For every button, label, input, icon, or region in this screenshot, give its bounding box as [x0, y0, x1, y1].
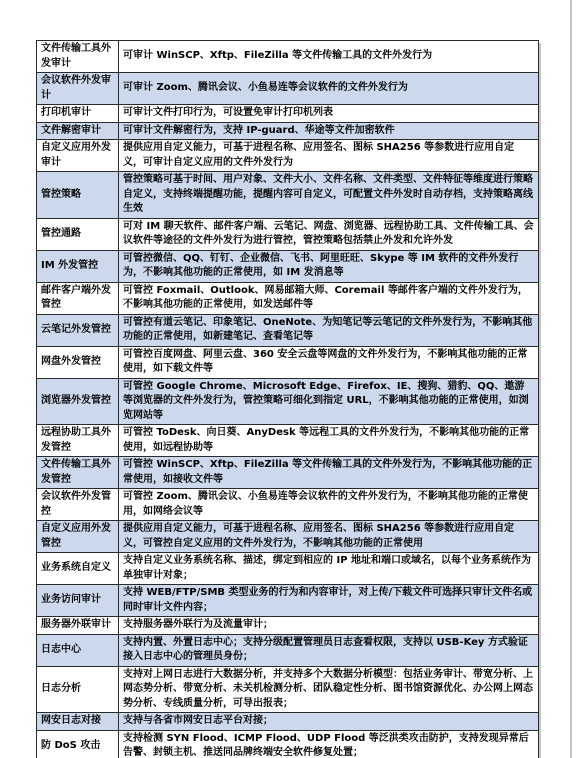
- table-row: 云笔记外发管控可管控有道云笔记、印象笔记、OneNote、为知笔记等云笔记的文件…: [37, 314, 539, 346]
- feature-name-cell: 业务访问审计: [37, 585, 119, 617]
- feature-name-cell: 网盘外发管控: [37, 346, 119, 378]
- table-row: 网盘外发管控可管控百度网盘、阿里云盘、360 安全云盘等网盘的文件外发行为，不影…: [37, 346, 539, 378]
- feature-name-cell: 邮件客户端外发管控: [37, 282, 119, 314]
- table-row: 日志中心支持内置、外置日志中心；支持分级配置管理员日志查看权限，支持以 USB-…: [37, 634, 539, 666]
- feature-description-cell: 支持 WEB/FTP/SMB 类型业务的行为和内容审计，对上传/下载文件可选择只…: [119, 585, 539, 617]
- feature-description-cell: 可管控微信、QQ、钉钉、企业微信、飞书、阿里旺旺、Skype 等 IM 软件的文…: [119, 250, 539, 282]
- page-edge-line: [570, 0, 572, 758]
- feature-name-cell: IM 外发管控: [37, 250, 119, 282]
- table-row: 网安日志对接支持与各省市网安日志平台对接；: [37, 713, 539, 731]
- feature-description-cell: 提供应用自定义能力，可基于进程名称、应用签名、图标 SHA256 等参数进行应用…: [119, 140, 539, 172]
- feature-description-cell: 可管控 Google Chrome、Microsoft Edge、Firefox…: [119, 378, 539, 425]
- table-row: 远程协助工具外发管控可管控 ToDesk、向日葵、AnyDesk 等远程工具的文…: [37, 425, 539, 457]
- table-row: 防 DoS 攻击支持检测 SYN Flood、ICMP Flood、UDP Fl…: [37, 730, 539, 758]
- feature-name-cell: 文件传输工具外发审计: [37, 41, 119, 73]
- table-row: 管控策略管控策略可基于时间、用户对象、文件大小、文件名称、文件类型、文件特征等维…: [37, 172, 539, 219]
- feature-name-cell: 防 DoS 攻击: [37, 730, 119, 758]
- feature-description-cell: 支持服务器外联行为及流量审计；: [119, 617, 539, 635]
- feature-description-cell: 支持检测 SYN Flood、ICMP Flood、UDP Flood 等泛洪类…: [119, 730, 539, 758]
- table-row: 文件解密审计可审计文件解密行为，支持 IP-guard、华途等文件加密软件: [37, 122, 539, 140]
- feature-name-cell: 服务器外联审计: [37, 617, 119, 635]
- feature-name-cell: 网安日志对接: [37, 713, 119, 731]
- feature-description-cell: 可管控有道云笔记、印象笔记、OneNote、为知笔记等云笔记的文件外发行为，不影…: [119, 314, 539, 346]
- feature-description-cell: 可管控 Zoom、腾讯会议、小鱼易连等会议软件的文件外发行为，不影响其他功能的正…: [119, 489, 539, 521]
- table-row: 自定义应用外发审计提供应用自定义能力，可基于进程名称、应用签名、图标 SHA25…: [37, 140, 539, 172]
- feature-name-cell: 浏览器外发管控: [37, 378, 119, 425]
- feature-name-cell: 日志中心: [37, 634, 119, 666]
- table-row: 自定义应用外发管控提供应用自定义能力，可基于进程名称、应用签名、图标 SHA25…: [37, 521, 539, 553]
- feature-description-cell: 可审计文件打印行为，可设置免审计打印机列表: [119, 105, 539, 123]
- feature-name-cell: 会议软件外发管控: [37, 489, 119, 521]
- table-row: 打印机审计可审计文件打印行为，可设置免审计打印机列表: [37, 105, 539, 123]
- table-row: 日志分析支持对上网日志进行大数据分析，并支持多个大数据分析模型：包括业务审计、带…: [37, 666, 539, 713]
- table-row: 业务系统自定义支持自定义业务系统名称、描述，绑定到相应的 IP 地址和端口或域名…: [37, 553, 539, 585]
- feature-description-cell: 支持与各省市网安日志平台对接；: [119, 713, 539, 731]
- feature-description-cell: 可管控 WinSCP、Xftp、FileZilla 等文件传输工具的文件外发行为…: [119, 457, 539, 489]
- table-row: 文件传输工具外发管控可管控 WinSCP、Xftp、FileZilla 等文件传…: [37, 457, 539, 489]
- feature-spec-table: 文件传输工具外发审计可审计 WinSCP、Xftp、FileZilla 等文件传…: [36, 40, 539, 758]
- feature-description-cell: 可审计 Zoom、腾讯会议、小鱼易连等会议软件的文件外发行为: [119, 73, 539, 105]
- table-row: 管控通路可对 IM 聊天软件、邮件客户端、云笔记、网盘、浏览器、远程协助工具、文…: [37, 218, 539, 250]
- feature-name-cell: 管控策略: [37, 172, 119, 219]
- feature-description-cell: 可管控 Foxmail、Outlook、网易邮箱大师、Coremail 等邮件客…: [119, 282, 539, 314]
- feature-description-cell: 支持自定义业务系统名称、描述，绑定到相应的 IP 地址和端口或域名，以每个业务系…: [119, 553, 539, 585]
- feature-description-cell: 可审计文件解密行为，支持 IP-guard、华途等文件加密软件: [119, 122, 539, 140]
- table-row: IM 外发管控可管控微信、QQ、钉钉、企业微信、飞书、阿里旺旺、Skype 等 …: [37, 250, 539, 282]
- spec-table-body: 文件传输工具外发审计可审计 WinSCP、Xftp、FileZilla 等文件传…: [37, 41, 539, 758]
- feature-name-cell: 业务系统自定义: [37, 553, 119, 585]
- feature-description-cell: 支持对上网日志进行大数据分析，并支持多个大数据分析模型：包括业务审计、带宽分析、…: [119, 666, 539, 713]
- feature-name-cell: 文件解密审计: [37, 122, 119, 140]
- feature-name-cell: 会议软件外发审计: [37, 73, 119, 105]
- feature-name-cell: 管控通路: [37, 218, 119, 250]
- feature-name-cell: 云笔记外发管控: [37, 314, 119, 346]
- feature-name-cell: 日志分析: [37, 666, 119, 713]
- feature-description-cell: 可管控百度网盘、阿里云盘、360 安全云盘等网盘的文件外发行为，不影响其他功能的…: [119, 346, 539, 378]
- feature-name-cell: 远程协助工具外发管控: [37, 425, 119, 457]
- table-row: 业务访问审计支持 WEB/FTP/SMB 类型业务的行为和内容审计，对上传/下载…: [37, 585, 539, 617]
- feature-name-cell: 自定义应用外发审计: [37, 140, 119, 172]
- table-row: 服务器外联审计支持服务器外联行为及流量审计；: [37, 617, 539, 635]
- feature-description-cell: 管控策略可基于时间、用户对象、文件大小、文件名称、文件类型、文件特征等维度进行策…: [119, 172, 539, 219]
- feature-name-cell: 文件传输工具外发管控: [37, 457, 119, 489]
- table-row: 邮件客户端外发管控可管控 Foxmail、Outlook、网易邮箱大师、Core…: [37, 282, 539, 314]
- table-row: 会议软件外发审计可审计 Zoom、腾讯会议、小鱼易连等会议软件的文件外发行为: [37, 73, 539, 105]
- feature-description-cell: 可管控 ToDesk、向日葵、AnyDesk 等远程工具的文件外发行为，不影响其…: [119, 425, 539, 457]
- feature-name-cell: 自定义应用外发管控: [37, 521, 119, 553]
- table-row: 浏览器外发管控可管控 Google Chrome、Microsoft Edge、…: [37, 378, 539, 425]
- feature-name-cell: 打印机审计: [37, 105, 119, 123]
- feature-description-cell: 可对 IM 聊天软件、邮件客户端、云笔记、网盘、浏览器、远程协助工具、文件传输工…: [119, 218, 539, 250]
- table-row: 会议软件外发管控可管控 Zoom、腾讯会议、小鱼易连等会议软件的文件外发行为，不…: [37, 489, 539, 521]
- feature-description-cell: 可审计 WinSCP、Xftp、FileZilla 等文件传输工具的文件外发行为: [119, 41, 539, 73]
- feature-description-cell: 提供应用自定义能力，可基于进程名称、应用签名、图标 SHA256 等参数进行应用…: [119, 521, 539, 553]
- feature-description-cell: 支持内置、外置日志中心；支持分级配置管理员日志查看权限，支持以 USB-Key …: [119, 634, 539, 666]
- table-row: 文件传输工具外发审计可审计 WinSCP、Xftp、FileZilla 等文件传…: [37, 41, 539, 73]
